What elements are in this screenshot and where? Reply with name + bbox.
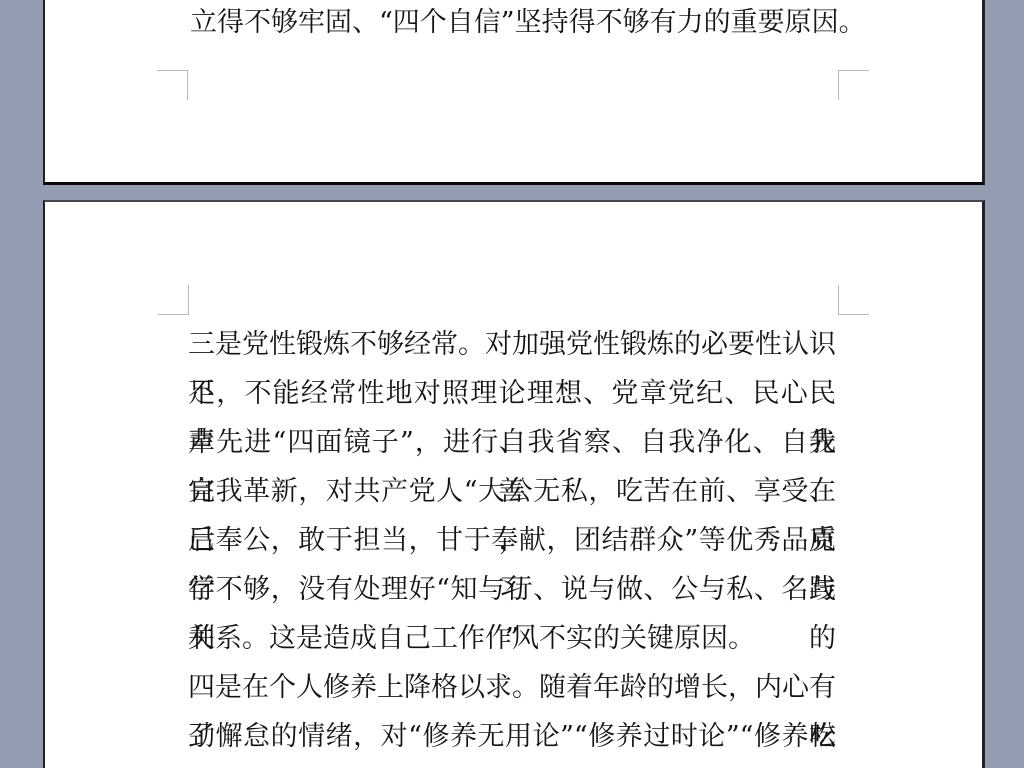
text-line[interactable]: 自我革新，对共产党人“大公无私，吃苦在前、享受在后，克 (188, 467, 836, 516)
text-line[interactable]: 劲懈怠的情绪，对“修养无用论”“修养过时论”“修养吃亏论”抵 (188, 712, 836, 761)
text-line[interactable]: 四是在个人修养上降格以求。随着年龄的增长，内心有了松 (188, 663, 836, 712)
margin-crop-mark-bottom-right-icon (838, 70, 869, 100)
text-line[interactable]: 三是党性锻炼不够经常。对加强党性锻炼的必要性认识不 (188, 320, 836, 369)
margin-crop-mark-top-right-icon (838, 285, 869, 315)
margin-crop-mark-top-left-icon (158, 285, 189, 315)
page-1: 立得不够牢固、“四个自信”坚持得不够有力的重要原因。 (43, 0, 985, 185)
page-1-text-line[interactable]: 立得不够牢固、“四个自信”坚持得不够有力的重要原因。 (190, 1, 838, 45)
text-line[interactable]: 行不够，没有处理好“知与行、说与做、公与私、名与利”的 (188, 565, 836, 614)
text-line[interactable]: 辈先进“四面镜子”，进行自我省察、自我净化、自我完善、 (188, 418, 836, 467)
text-line[interactable]: 己奉公，敢于担当，甘于奉献，团结群众”等优秀品质学习践 (188, 516, 836, 565)
page-2-text-block: 三是党性锻炼不够经常。对加强党性锻炼的必要性认识不 足，不能经常性地对照理论理想… (188, 320, 836, 761)
text-line[interactable]: 足，不能经常性地对照理论理想、党章党纪、民心民声、先 (188, 369, 836, 418)
document-canvas: 立得不够牢固、“四个自信”坚持得不够有力的重要原因。 三是党性锻炼不够经常。对加… (0, 0, 1024, 768)
text-line[interactable]: 关系。这是造成自己工作作风不实的关键原因。 (188, 614, 836, 663)
page-2: 三是党性锻炼不够经常。对加强党性锻炼的必要性认识不 足，不能经常性地对照理论理想… (43, 200, 985, 768)
margin-crop-mark-bottom-left-icon (157, 70, 188, 100)
